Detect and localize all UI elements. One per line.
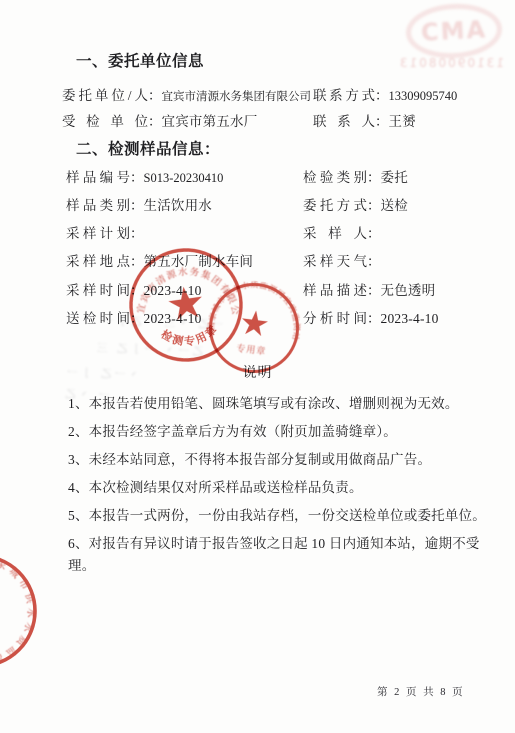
field-pair: 分析时间：2023-4-10 <box>303 307 439 327</box>
report-page: CMA 13109008013 一、委托单位信息 委托单位/人：宜宾市清源水务集… <box>0 0 515 733</box>
field-label: 采样天气 <box>303 250 367 270</box>
field-value: S013-20230410 <box>144 171 224 185</box>
field-label: 样品描述 <box>303 279 367 299</box>
note-line: 5、本报告一式两份，一份由我站存档，一份交送检单位或委托单位。 <box>68 504 486 524</box>
field-label: 采样时间 <box>66 279 130 299</box>
section2-heading: 二、检测样品信息： <box>76 137 220 159</box>
official-seal-right: 国家城市供水水质监测网宜宾监测站 ★ 专用章 <box>202 276 307 381</box>
field-label: 委托单位/人 <box>62 84 148 104</box>
star-icon: ★ <box>237 302 272 345</box>
field-value: 宜宾市清源水务集团有限公司 <box>162 91 312 103</box>
field-row: 样品编号：S013-20230410 检验类别：委托 <box>66 166 495 186</box>
note-line: 4、本次检测结果仅对所采样品或送检样品负责。 <box>68 476 363 496</box>
note-line: 2、本报告经签字盖章后方为有效（附页加盖骑缝章）。 <box>68 420 397 440</box>
field-pair: 采样天气： <box>303 250 381 270</box>
note-line: 1、本报告若使用铅笔、圆珠笔填写或有涂改、增删则视为无效。 <box>68 392 459 412</box>
colon: ： <box>148 88 162 103</box>
colon: ： <box>367 226 381 241</box>
field-value: 委托 <box>381 170 408 185</box>
cma-watermark: CMA <box>405 2 504 61</box>
field-row: 受检单位：宜宾市第五水厂 联系人：王赟 <box>62 110 495 130</box>
colon: ： <box>148 114 162 129</box>
field-value: 王赟 <box>389 114 416 129</box>
field-value: 13309095740 <box>389 89 458 103</box>
colon: ： <box>367 254 381 269</box>
field-label: 委托方式 <box>303 194 367 214</box>
field-label: 采样人 <box>303 222 367 242</box>
colon: ： <box>367 198 381 213</box>
field-label: 联系人 <box>313 110 375 130</box>
field-label: 样品类别 <box>66 194 130 214</box>
field-label: 联系方式 <box>313 84 375 104</box>
field-value: 2023-4-10 <box>381 311 439 326</box>
star-icon: ★ <box>163 276 209 332</box>
colon: ： <box>367 170 381 185</box>
field-label: 采样计划 <box>66 222 130 242</box>
note-line: 理。 <box>68 554 95 574</box>
colon: ： <box>130 226 144 241</box>
field-value: 宜宾市第五水厂 <box>162 114 258 129</box>
colon: ： <box>375 114 389 129</box>
field-row: 委托单位/人：宜宾市清源水务集团有限公司 联系方式：13309095740 <box>62 84 495 104</box>
section1-heading: 一、委托单位信息 <box>76 49 204 71</box>
field-pair: 采样人： <box>303 222 381 242</box>
field-value: 生活饮用水 <box>144 198 213 213</box>
field-row: 样品类别：生活饮用水 委托方式：送检 <box>66 194 495 214</box>
field-label: 检验类别 <box>303 166 367 186</box>
field-label: 受检单位 <box>62 110 148 130</box>
field-pair: 样品描述：无色透明 <box>303 279 435 299</box>
field-label: 分析时间 <box>303 307 367 327</box>
field-pair: 联系方式：13309095740 <box>313 84 457 104</box>
field-pair: 委托方式：送检 <box>303 194 408 214</box>
bleedthrough-digits: 13109008013 <box>398 56 504 70</box>
colon: ： <box>375 88 389 103</box>
colon: ： <box>130 170 144 185</box>
field-value: 无色透明 <box>381 283 436 298</box>
cma-watermark-label: CMA <box>420 15 487 46</box>
note-line: 3、未经本站同意，不得将本报告部分复制或用做商品广告。 <box>68 448 431 468</box>
field-row: 采样计划： 采样人： <box>66 222 495 242</box>
field-label: 样品编号 <box>66 166 130 186</box>
colon: ： <box>367 311 381 326</box>
official-seal-corner: 国家城市供水水质监测网宜宾监测站 <box>0 551 40 671</box>
page-footer: 第 2 页 共 8 页 <box>377 684 465 699</box>
colon: ： <box>130 198 144 213</box>
colon: ： <box>367 283 381 298</box>
field-value: 送检 <box>381 198 408 213</box>
note-line: 6、对报告有异议时请于报告签收之日起 10 日内通知本站，逾期不受 <box>68 532 480 552</box>
field-pair: 联系人：王赟 <box>313 110 416 130</box>
field-pair: 检验类别：委托 <box>303 166 408 186</box>
